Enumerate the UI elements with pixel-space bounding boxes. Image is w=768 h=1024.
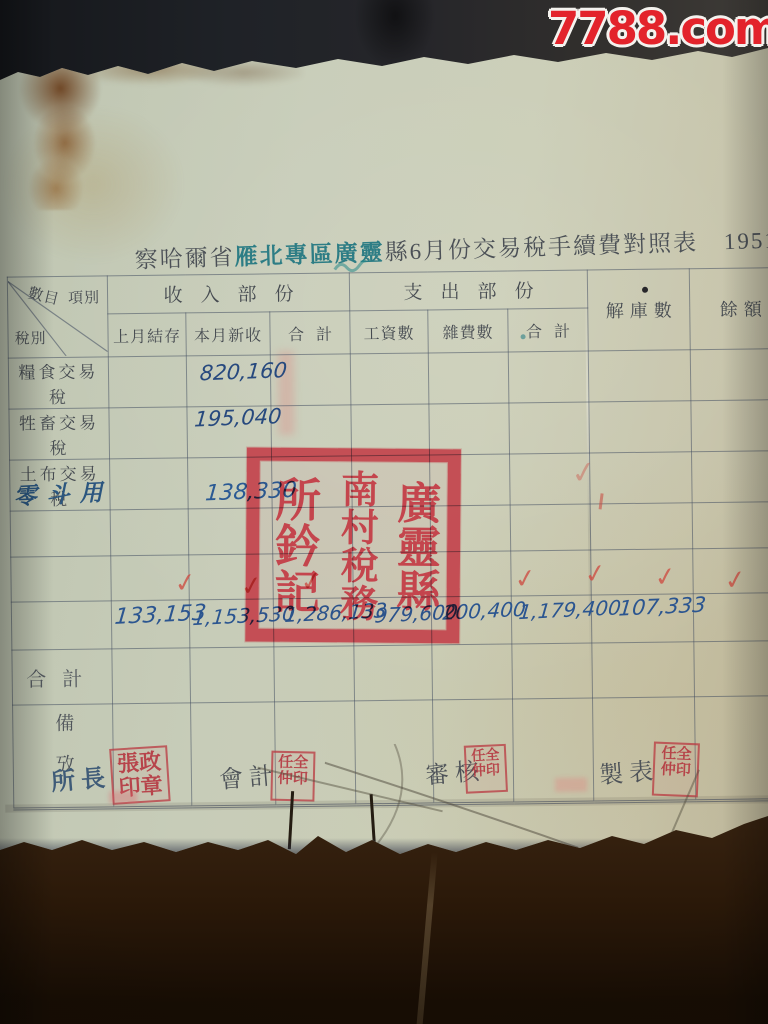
header-wages: 工資數 <box>350 310 429 353</box>
header-expense-group: 支出部份 <box>349 270 587 311</box>
header-expense-total: 合計 <box>508 308 589 352</box>
preparer-seal: 任全仲印 <box>652 742 700 798</box>
title-province: 察哈爾省 <box>134 245 235 273</box>
header-income-group: 收入部份 <box>107 273 349 314</box>
black-ink-dot <box>642 287 648 293</box>
check-mark: ✓ <box>722 564 748 597</box>
title-main: 縣6月份交易稅手續費對照表 <box>384 230 698 265</box>
check-mark: ✓ <box>582 558 608 591</box>
check-mark: ✓ <box>652 561 678 594</box>
teal-ink-dot <box>521 334 526 339</box>
watermark-7788: 7788.com <box>548 2 768 55</box>
row-label-total: 合計 <box>12 649 113 705</box>
header-balance: 餘額 <box>689 268 768 350</box>
header-treasury: 解庫數 <box>587 269 690 351</box>
row-label-lingdou: 零斗用 <box>13 474 113 512</box>
check-mark: ✓ <box>569 454 599 492</box>
pink-smudge <box>109 791 137 803</box>
official-tax-office-seal: 廣靈縣 南村稅務 所鈐記 <box>245 447 461 643</box>
check-mark: ✓ <box>172 567 198 600</box>
total-expense: 1,179,400 <box>518 595 622 624</box>
title-region-overwrite: 雁北專區 <box>234 241 335 269</box>
seal-line-county: 廣靈縣 <box>390 480 437 612</box>
row-label-livestock-tax: 牲畜交易稅 <box>9 408 110 460</box>
document-sheet: 察哈爾省雁北專區廣靈縣6月份交易稅手續費對照表1951年6月28日 <box>0 44 768 862</box>
pink-smudge <box>555 778 587 792</box>
value-livestock-new-income: 195,040 <box>193 404 282 431</box>
seal-line-office: 南村稅務 <box>334 469 375 621</box>
seal-line-mark: 所鈐記 <box>269 476 318 614</box>
header-prev-balance: 上月結存 <box>108 313 187 356</box>
header-income-total: 合計 <box>270 311 351 355</box>
title-year: 1951年 <box>724 227 768 254</box>
photo-of-document: 察哈爾省雁北專區廣靈縣6月份交易稅手續費對照表1951年6月28日 <box>0 0 768 1024</box>
corner-header-cell: 數目 項別 稅別 <box>8 276 108 357</box>
document-title: 察哈爾省雁北專區廣靈縣6月份交易稅手續費對照表1951年6月28日 <box>134 220 768 275</box>
header-misc-fees: 雜費數 <box>428 309 509 353</box>
value-grain-new-income: 820,160 <box>199 358 288 385</box>
check-mark: ✓ <box>512 563 538 596</box>
signature-label-director: 所長 <box>50 757 113 797</box>
teal-scribble <box>333 258 367 279</box>
row-label-grain-tax: 糧食交易稅 <box>8 357 109 409</box>
signature-label-preparer: 製表 <box>598 751 661 791</box>
corner-label-category: 項別 <box>68 286 100 307</box>
corner-label-taxtype: 稅別 <box>14 327 46 348</box>
total-treasury: 107,333 <box>618 593 707 621</box>
header-new-income: 本月新收 <box>186 312 271 356</box>
